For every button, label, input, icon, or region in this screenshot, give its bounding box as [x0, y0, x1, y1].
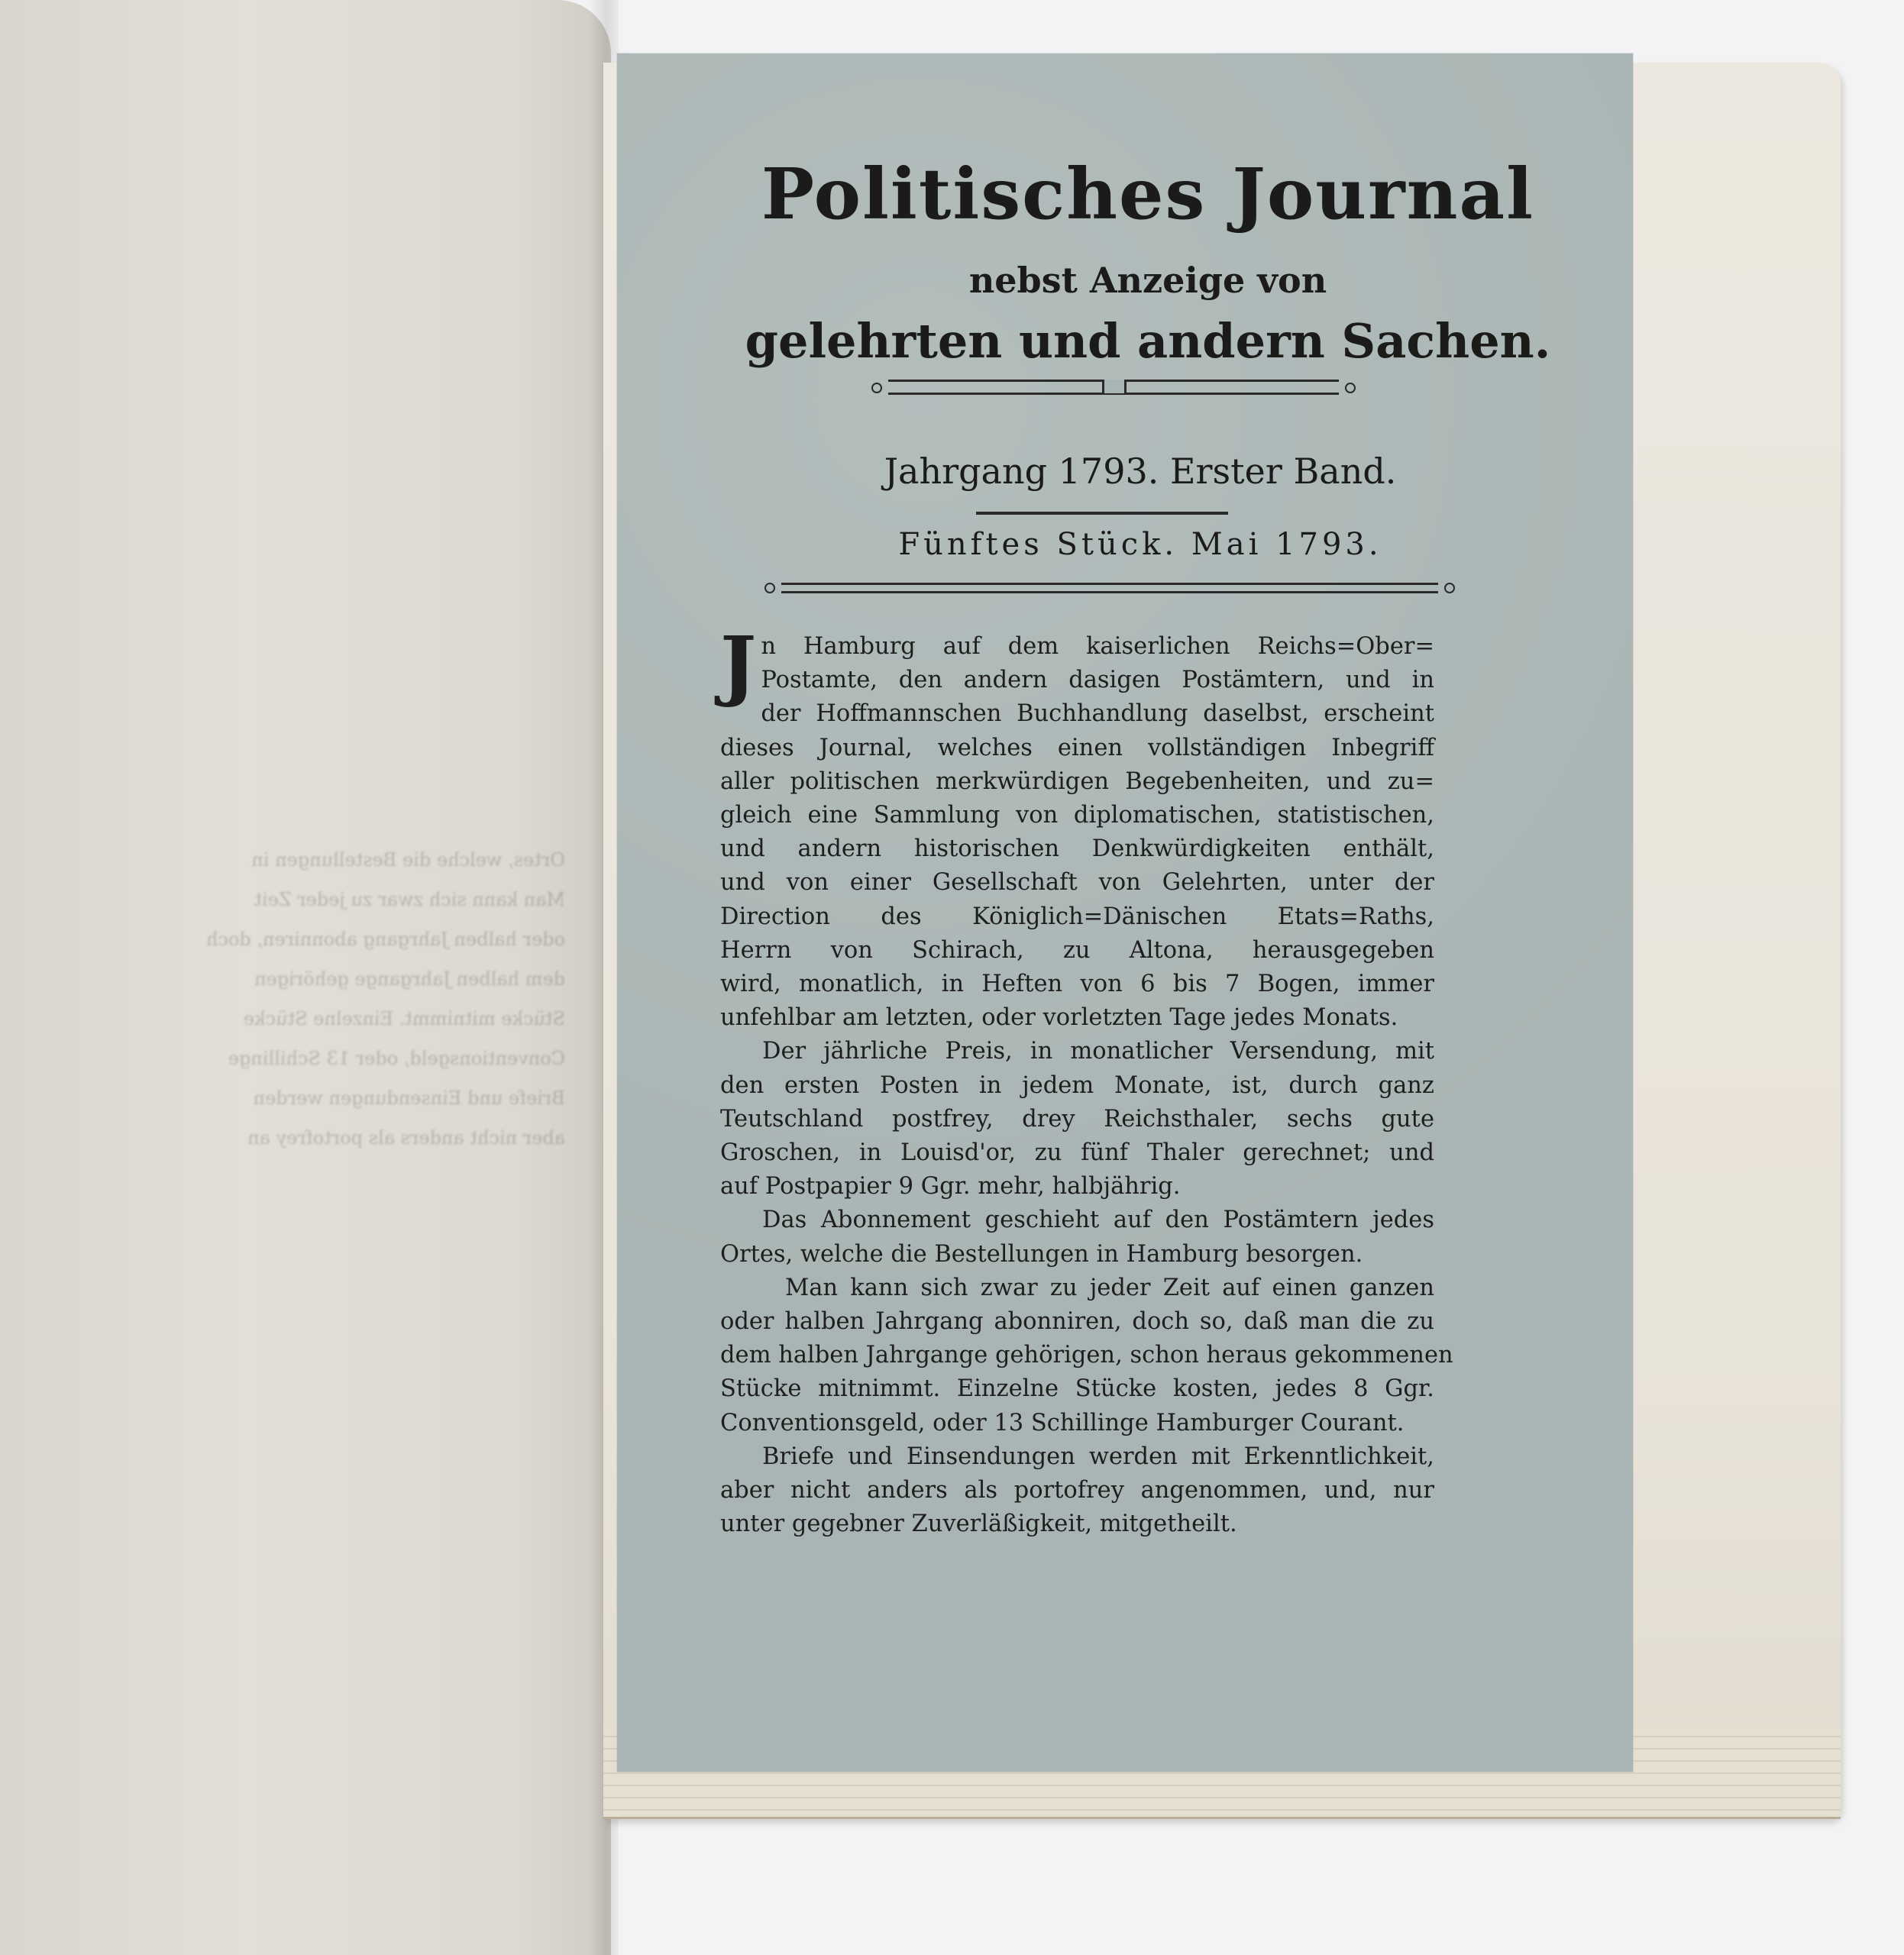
subtitle-line-1: nebst Anzeige von — [640, 260, 1656, 301]
left-page: Ortes, welche die Bestellungen in Man ka… — [0, 0, 611, 1955]
bleed-through-text: Ortes, welche die Bestellungen in Man ka… — [92, 840, 565, 1158]
text-line: und andern historischen Denkwürdigkeiten… — [720, 832, 1434, 866]
ornamental-rule-icon — [888, 380, 1339, 395]
text-line: Groschen, in Louisd'or, zu fünf Thaler g… — [720, 1136, 1434, 1170]
text-line: dieses Journal, welches einen vollständi… — [720, 732, 1434, 765]
text-line: und von einer Gesellschaft von Gelehrten… — [720, 866, 1434, 900]
drop-cap: J — [720, 630, 756, 699]
text-line: Postamte, den andern dasigen Postämtern,… — [720, 664, 1434, 697]
subtitle-line-2: gelehrten und andern Sachen. — [640, 313, 1656, 369]
text-line: Das Abonnement geschieht auf den Postämt… — [720, 1204, 1434, 1237]
text-line: unfehlbar am letzten, oder vorletzten Ta… — [720, 1001, 1434, 1035]
journal-cover-sheet: Politisches Journal nebst Anzeige von ge… — [617, 53, 1633, 1772]
text-line: aller politischen merkwürdigen Begebenhe… — [720, 765, 1434, 799]
text-line: Man kann sich zwar zu jeder Zeit auf ein… — [720, 1272, 1434, 1305]
text-line: Der jährliche Preis, in monatlicher Vers… — [720, 1035, 1434, 1068]
text-line: den ersten Posten in jedem Monate, ist, … — [720, 1069, 1434, 1103]
text-line: oder halben Jahrgang abonniren, doch so,… — [720, 1305, 1434, 1339]
text-line: Stücke mitnimmt. Einzelne Stücke kosten,… — [720, 1372, 1434, 1406]
text-line: Ortes, welche die Bestellungen in Hambur… — [720, 1238, 1434, 1272]
text-line: dem halben Jahrgange gehörigen, schon he… — [720, 1339, 1434, 1372]
divider-rule — [976, 512, 1228, 515]
text-line: n Hamburg auf dem kaiserlichen Reichs=Ob… — [720, 630, 1434, 664]
text-line: Teutschland postfrey, drey Reichsthaler,… — [720, 1103, 1434, 1136]
body-lines: n Hamburg auf dem kaiserlichen Reichs=Ob… — [720, 630, 1434, 1541]
text-line: Briefe und Einsendungen werden mit Erken… — [720, 1440, 1434, 1474]
text-line: wird, monatlich, in Heften von 6 bis 7 B… — [720, 968, 1434, 1001]
issue-line: Fünftes Stück. Mai 1793. — [632, 527, 1648, 562]
journal-title: Politisches Journal — [640, 153, 1656, 235]
year-volume-line: Jahrgang 1793. Erster Band. — [632, 451, 1648, 492]
text-line: Conventionsgeld, oder 13 Schillinge Hamb… — [720, 1407, 1434, 1440]
text-line: Direction des Königlich=Dänischen Etats=… — [720, 900, 1434, 934]
text-line: gleich eine Sammlung von diplomatischen,… — [720, 799, 1434, 832]
text-line: der Hoffmannschen Buchhandlung daselbst,… — [720, 697, 1434, 731]
text-line: unter gegebner Zuverläßigkeit, mitgethei… — [720, 1507, 1434, 1541]
ornamental-double-rule-icon — [781, 583, 1438, 593]
text-line: Herrn von Schirach, zu Altona, herausgeg… — [720, 934, 1434, 968]
text-line: auf Postpapier 9 Ggr. mehr, halbjährig. — [720, 1170, 1434, 1204]
body-text: J n Hamburg auf dem kaiserlichen Reichs=… — [720, 630, 1434, 1541]
text-line: aber nicht anders als portofrey angenomm… — [720, 1474, 1434, 1507]
